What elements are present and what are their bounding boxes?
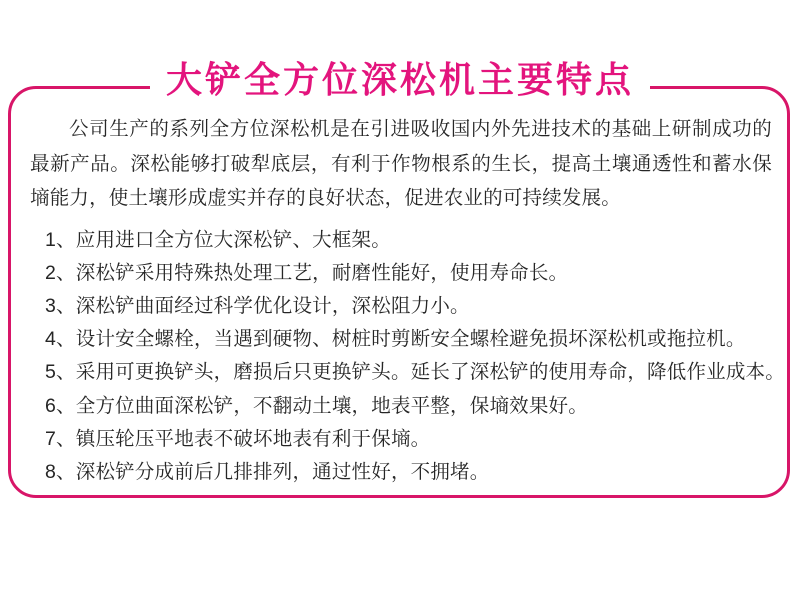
feature-item-1: 1、应用进口全方位大深松铲、大框架。: [45, 224, 772, 257]
feature-item-4: 4、设计安全螺栓，当遇到硬物、树桩时剪断安全螺栓避免损坏深松机或拖拉机。: [45, 323, 772, 356]
content-area: 公司生产的系列全方位深松机是在引进吸收国内外先进技术的基础上研制成功的最新产品。…: [30, 112, 772, 489]
feature-sheet-page: 大铲全方位深松机主要特点 公司生产的系列全方位深松机是在引进吸收国内外先进技术的…: [0, 0, 800, 600]
feature-item-8: 8、深松铲分成前后几排排列，通过性好，不拥堵。: [45, 456, 772, 489]
page-title: 大铲全方位深松机主要特点: [150, 59, 650, 101]
feature-item-5: 5、采用可更换铲头，磨损后只更换铲头。延长了深松铲的使用寿命，降低作业成本。: [45, 356, 772, 389]
intro-paragraph: 公司生产的系列全方位深松机是在引进吸收国内外先进技术的基础上研制成功的最新产品。…: [30, 112, 772, 216]
feature-item-2: 2、深松铲采用特殊热处理工艺，耐磨性能好，使用寿命长。: [45, 257, 772, 290]
feature-item-7: 7、镇压轮压平地表不破坏地表有利于保墒。: [45, 423, 772, 456]
feature-item-3: 3、深松铲曲面经过科学优化设计，深松阻力小。: [45, 290, 772, 323]
feature-list: 1、应用进口全方位大深松铲、大框架。 2、深松铲采用特殊热处理工艺，耐磨性能好，…: [30, 224, 772, 490]
feature-item-6: 6、全方位曲面深松铲，不翻动土壤，地表平整，保墒效果好。: [45, 390, 772, 423]
